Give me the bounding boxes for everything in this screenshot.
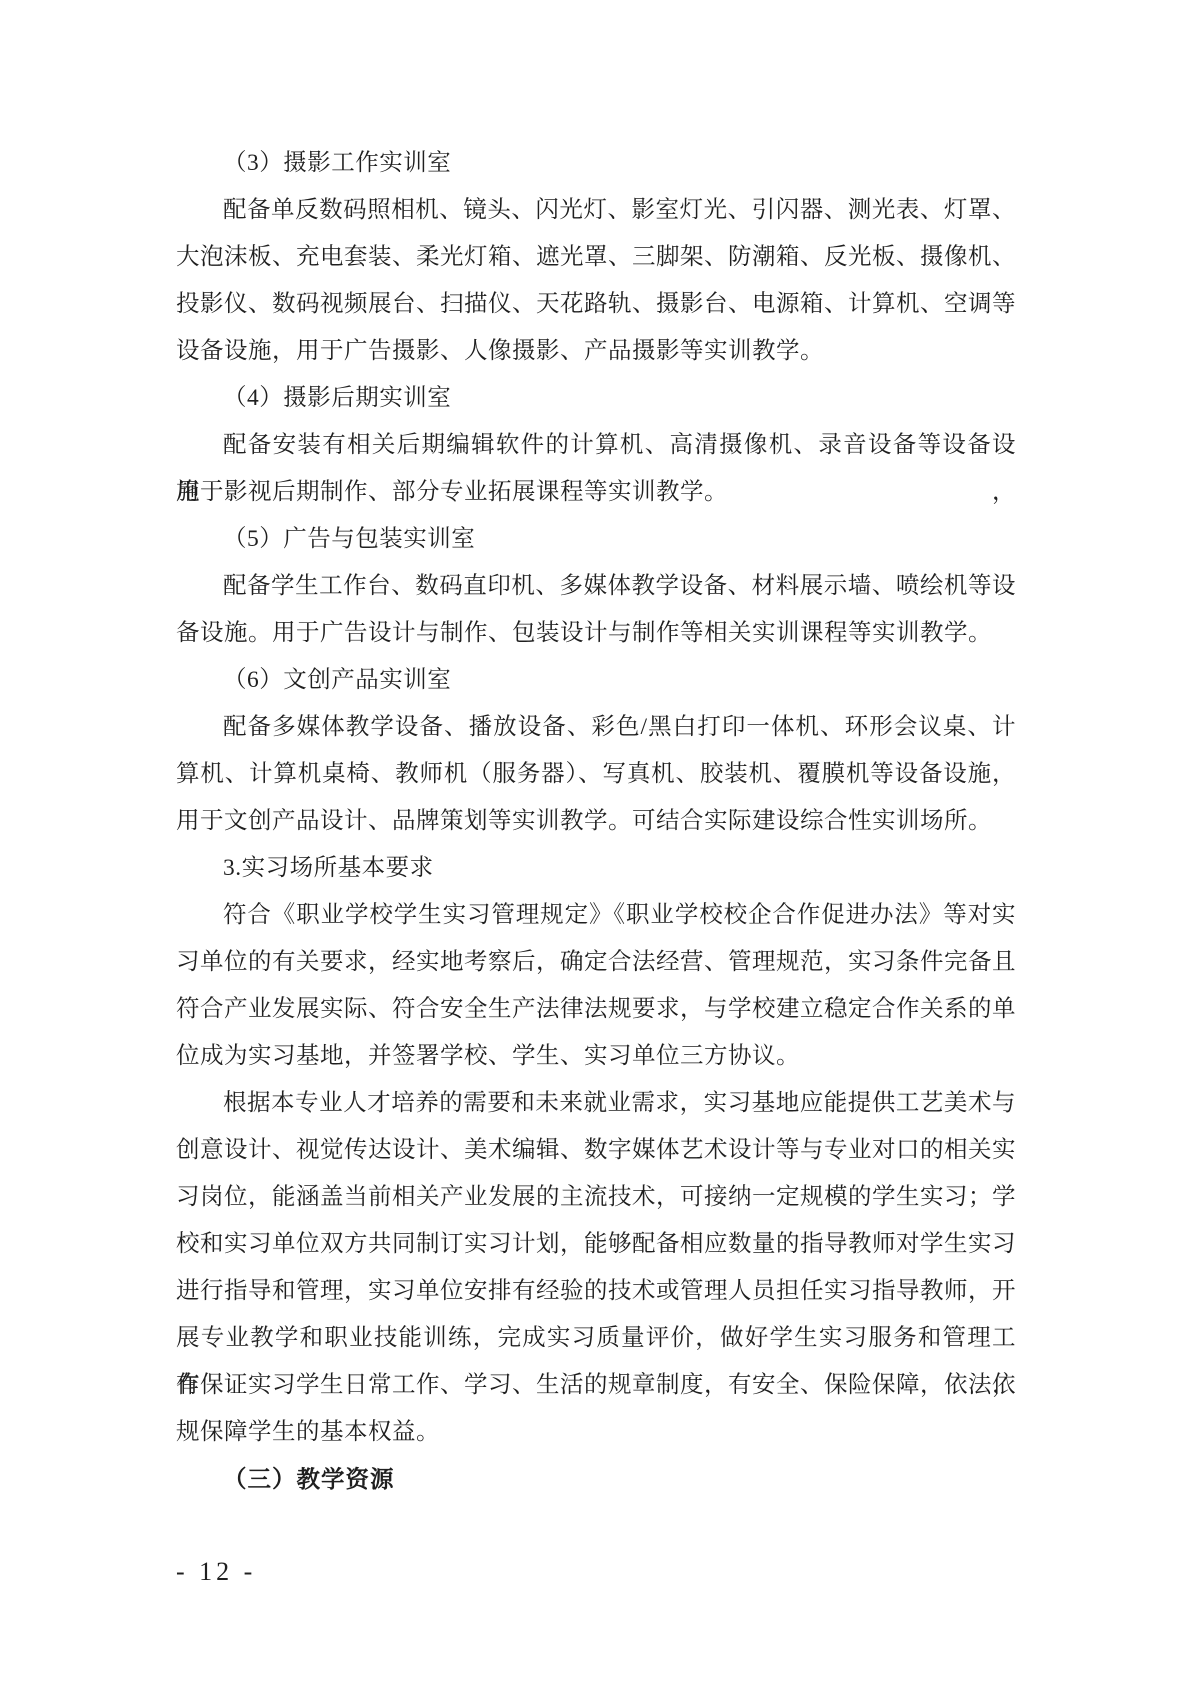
paragraph-line: 配备学生工作台、数码直印机、多媒体教学设备、材料展示墙、喷绘机等设 (176, 563, 1016, 610)
paragraph-line: 配备单反数码照相机、镜头、闪光灯、影室灯光、引闪器、测光表、灯罩、 (176, 187, 1016, 234)
paragraph-line: 规保障学生的基本权益。 (176, 1409, 1016, 1456)
sub-heading: 3.实习场所基本要求 (176, 845, 1016, 892)
paragraph-line: 设备设施，用于广告摄影、人像摄影、产品摄影等实训教学。 (176, 328, 1016, 375)
paragraph-line: 习岗位，能涵盖当前相关产业发展的主流技术，可接纳一定规模的学生实习；学 (176, 1174, 1016, 1221)
document-content: （3）摄影工作实训室配备单反数码照相机、镜头、闪光灯、影室灯光、引闪器、测光表、… (176, 140, 1016, 1503)
paragraph-line: 配备安装有相关后期编辑软件的计算机、高清摄像机、录音设备等设备设施， (176, 422, 1016, 469)
paragraph-line: 符合《职业学校学生实习管理规定》《职业学校校企合作促进办法》等对实 (176, 892, 1016, 939)
paragraph-line: 投影仪、数码视频展台、扫描仪、天花路轨、摄影台、电源箱、计算机、空调等 (176, 281, 1016, 328)
paragraph-line: 位成为实习基地，并签署学校、学生、实习单位三方协议。 (176, 1033, 1016, 1080)
sub-heading: （5）广告与包装实训室 (176, 516, 1016, 563)
paragraph-line: 备设施。用于广告设计与制作、包装设计与制作等相关实训课程等实训教学。 (176, 610, 1016, 657)
page-number: - 12 - (176, 1556, 256, 1588)
paragraph-line: 创意设计、视觉传达设计、美术编辑、数字媒体艺术设计等与专业对口的相关实 (176, 1127, 1016, 1174)
paragraph-line: 习单位的有关要求，经实地考察后，确定合法经营、管理规范，实习条件完备且 (176, 939, 1016, 986)
sub-heading: （4）摄影后期实训室 (176, 375, 1016, 422)
paragraph-line: 大泡沫板、充电套装、柔光灯箱、遮光罩、三脚架、防潮箱、反光板、摄像机、 (176, 234, 1016, 281)
paragraph-line: 进行指导和管理，实习单位安排有经验的技术或管理人员担任实习指导教师，开 (176, 1268, 1016, 1315)
paragraph-line: 用于文创产品设计、品牌策划等实训教学。可结合实际建设综合性实训场所。 (176, 798, 1016, 845)
document-page: （3）摄影工作实训室配备单反数码照相机、镜头、闪光灯、影室灯光、引闪器、测光表、… (0, 0, 1191, 1684)
paragraph-line: 根据本专业人才培养的需要和未来就业需求，实习基地应能提供工艺美术与 (176, 1080, 1016, 1127)
paragraph-line: 展专业教学和职业技能训练，完成实习质量评价，做好学生实习服务和管理工作， (176, 1315, 1016, 1362)
sub-heading: （6）文创产品实训室 (176, 657, 1016, 704)
paragraph-line: 配备多媒体教学设备、播放设备、彩色/黑白打印一体机、环形会议桌、计 (176, 704, 1016, 751)
paragraph-line: 符合产业发展实际、符合安全生产法律法规要求，与学校建立稳定合作关系的单 (176, 986, 1016, 1033)
paragraph-line: 校和实习单位双方共同制订实习计划，能够配备相应数量的指导教师对学生实习 (176, 1221, 1016, 1268)
section-heading: （三）教学资源 (176, 1456, 1016, 1503)
sub-heading: （3）摄影工作实训室 (176, 140, 1016, 187)
paragraph-line: 有保证实习学生日常工作、学习、生活的规章制度，有安全、保险保障，依法依 (176, 1362, 1016, 1409)
paragraph-line: 算机、计算机桌椅、教师机（服务器）、写真机、胶装机、覆膜机等设备设施， (176, 751, 1016, 798)
